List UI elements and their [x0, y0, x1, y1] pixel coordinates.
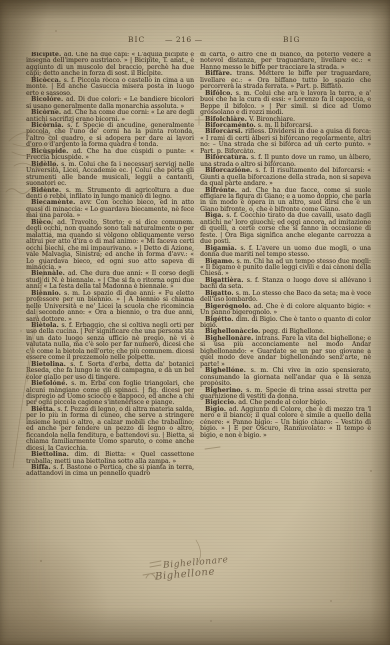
headword: Bìga. — [205, 212, 226, 219]
headword: Bifólco. — [205, 90, 236, 97]
headword: Bigherino. — [205, 387, 246, 394]
scanned-dictionary-page: BIC — 216 — BIG Bicìpite. ad. Che ha due… — [0, 0, 390, 645]
headword: Bicòcca. — [31, 77, 64, 84]
right-column: di carta, o altro che di bianco, da pote… — [200, 52, 371, 566]
headword: Bietolina. — [31, 361, 70, 368]
headword: Bigamìa. — [205, 245, 240, 252]
headword: Biettolina. — [31, 451, 74, 458]
dictionary-entry: Bifrónte. ad. Che ha due facce, come si … — [200, 188, 371, 214]
headword: Biffa. — [31, 464, 53, 471]
dictionary-entry: Biecamènte. avv. Con occhio bieco, ed in… — [26, 200, 194, 219]
headword: Biffàre. — [205, 70, 237, 77]
headword: Biforcàrsi. — [205, 128, 245, 135]
dictionary-entry: Bietolina. s. f. Sorta d'erba, detta da'… — [26, 362, 194, 381]
dictionary-entry: Biffa. s. f. Bastone o Pertica, che si p… — [26, 465, 194, 478]
dictionary-entry: Biforcàrsi. rifless. Dividersi in due a … — [200, 129, 371, 155]
dictionary-entry: Bìgamo. s. m. Chi ha ad un tempo stesso … — [200, 259, 371, 278]
dictionary-entry: Bifólco. s. m. Colui che ara e lavora la… — [200, 91, 371, 117]
headword: Biennàle. — [31, 270, 68, 277]
headword: Bigerógnolo. — [205, 303, 254, 310]
dictionary-entry: Bighellonàre. intrans. Fare la vita del … — [200, 336, 371, 368]
dictionary-entry: Biétta. s. f. Pezzo di legno, o di altra… — [26, 407, 194, 452]
left-column: Bicìpite. ad. Che ha due capi: « L'aquil… — [26, 52, 194, 566]
dictionary-entry: Bicìpite. ad. Che ha due capi: « L'aquil… — [26, 52, 194, 78]
headword: Bicùspide. — [31, 148, 73, 155]
headword: Bicòrne. — [31, 109, 63, 116]
dictionary-entry: Biennàle. ad. Che dura due anni: « Il co… — [26, 271, 194, 290]
dictionary-entry: Bicòrnia. s. f. Specie di ancudine, gene… — [26, 123, 194, 149]
headword: Bighellóne. — [205, 367, 251, 374]
headword: Bicolóre. — [31, 96, 66, 103]
headword: Biforcatùra. — [205, 154, 251, 161]
headword: Biétta. — [31, 406, 57, 413]
dictionary-entry: di carta, o altro che di bianco, da pote… — [200, 52, 371, 71]
running-head: BIC — 216 — BIG — [0, 35, 390, 45]
headword: Bietolóne. — [31, 380, 71, 387]
headword: Biènnio. — [31, 290, 64, 297]
headword: Bidènte. — [31, 187, 66, 194]
headword: Biètola. — [31, 322, 61, 329]
headword: Bièco. — [31, 219, 57, 226]
dictionary-entry: Biffàre. trans. Mettere le biffe per tra… — [200, 71, 371, 90]
headword: Bìgamo. — [205, 258, 237, 265]
page-number: — 216 — — [165, 35, 203, 44]
running-head-left-word: BIC — [128, 35, 145, 44]
headword: Bìgio. — [205, 406, 229, 413]
headword: Bigétto. — [205, 316, 236, 323]
headword: Biforcazióne. — [205, 167, 255, 174]
dictionary-entry: Bìgio. ad. Aggiunto di Colore, che è di … — [200, 407, 371, 439]
dictionary-entry: Biforcazióne. s. f. Il risultamento del … — [200, 168, 371, 187]
dictionary-entry: Bidèllo. s. m. Colui che fa i necessarj … — [26, 162, 194, 188]
headword: Bicìpite. — [31, 52, 64, 58]
dictionary-entry: Biènnio. s. m. Lo spazio di due anni: « … — [26, 291, 194, 323]
headword: Bifrónte. — [205, 187, 242, 194]
headword: Bigattièra. — [205, 277, 247, 284]
headword: Biecamènte. — [31, 199, 80, 206]
dictionary-entry: Bietolóne. s. m. Erba con foglie triango… — [26, 381, 194, 407]
dictionary-entry: Bìga. s. f. Cocchio tirato da due cavall… — [200, 213, 371, 245]
dictionary-entry: Biètola. s. f. Erbaggio, che si coltiva … — [26, 323, 194, 362]
dictionary-entry: Bièco. ad. Travolto, Storto; e si dice c… — [26, 220, 194, 272]
dictionary-entry: Bighellóne. s. m. Chi vive in ozio spens… — [200, 368, 371, 387]
dictionary-entry: Bicòcca. s. f. Piccola ròcca o castello … — [26, 78, 194, 97]
running-head-right-word: BIG — [283, 35, 300, 44]
headword: Bidèllo. — [31, 161, 61, 168]
headword: Bigatto. — [205, 290, 236, 297]
headword: Bicòrnia. — [31, 122, 67, 129]
headword: Bighellonàre. — [205, 335, 256, 342]
